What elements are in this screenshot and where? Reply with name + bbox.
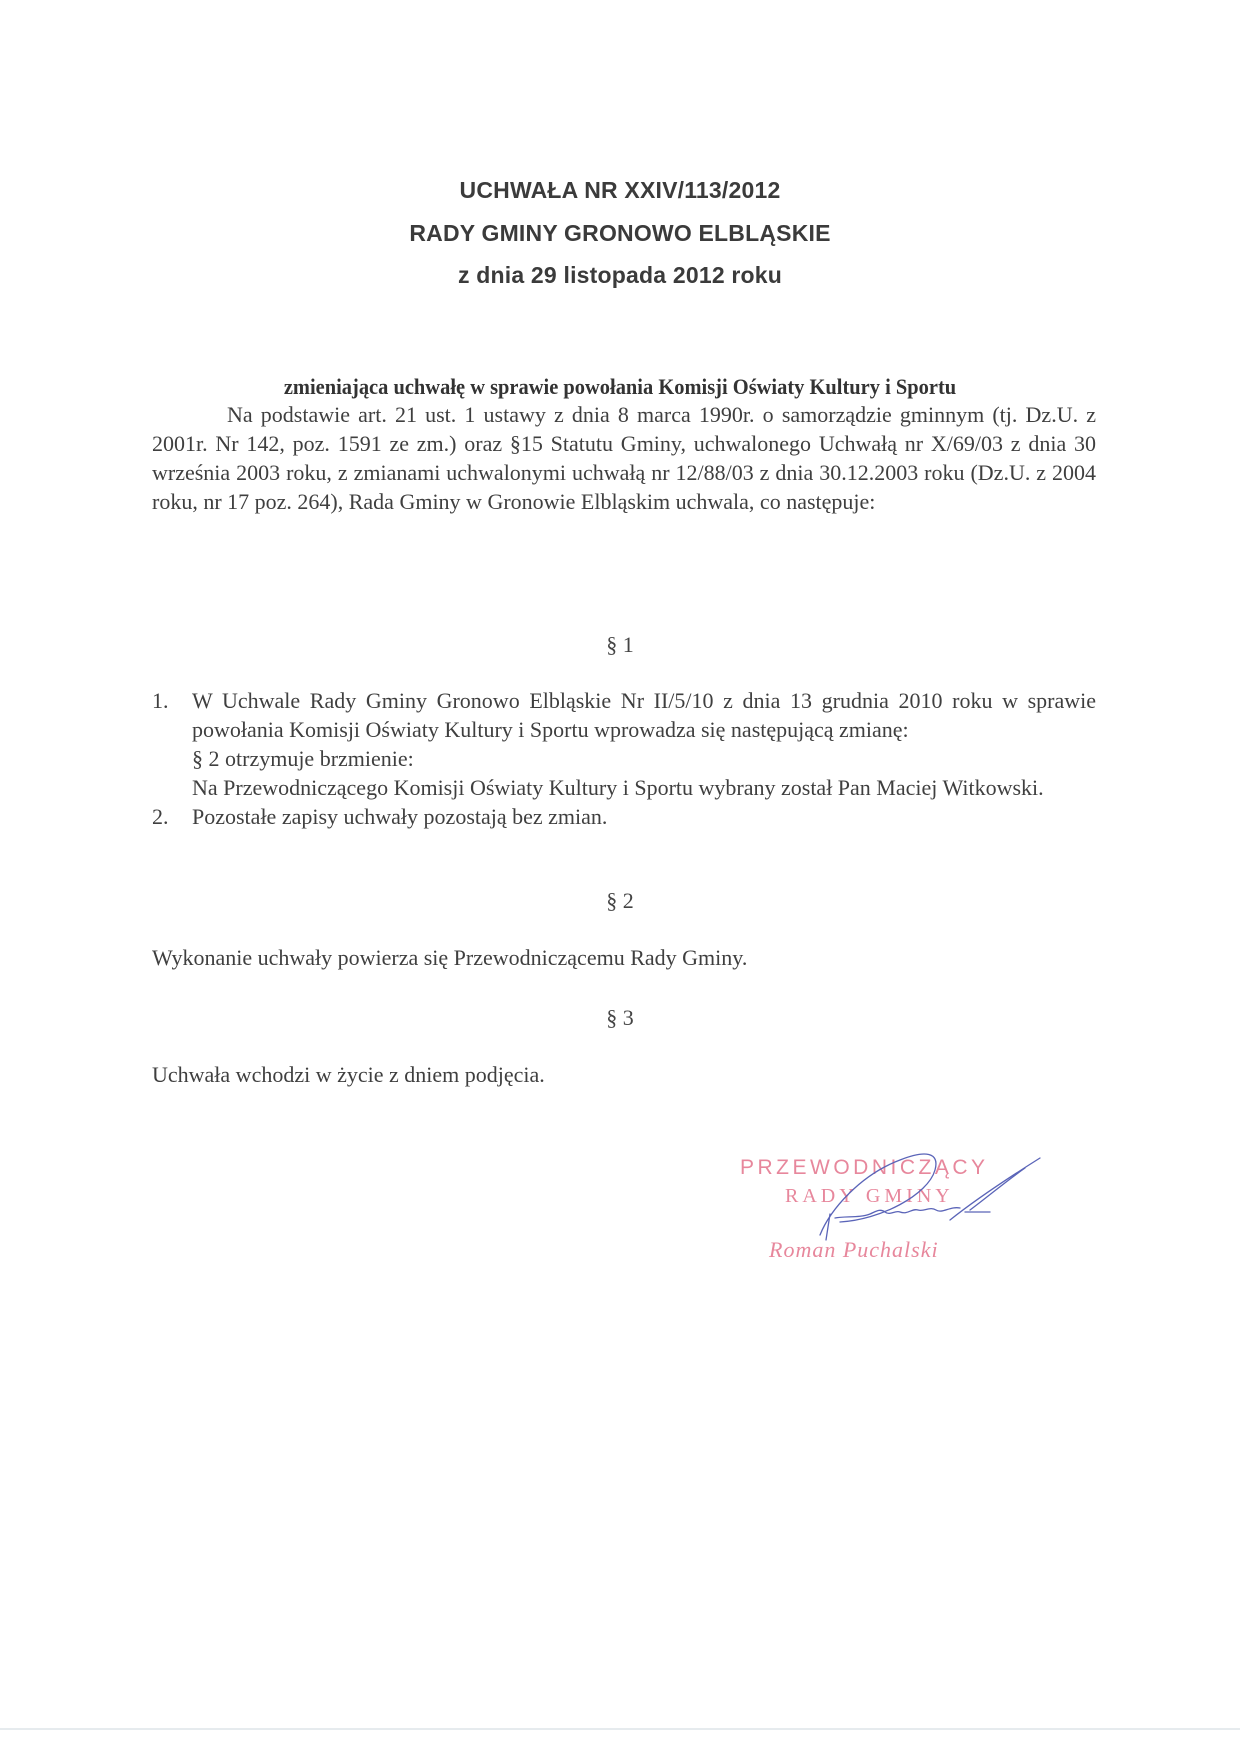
list-item: 2. Pozostałe zapisy uchwały pozostają be… <box>152 802 1096 831</box>
list-item-text: Pozostałe zapisy uchwały pozostają bez z… <box>192 802 1096 831</box>
section-mark-3: § 3 <box>0 1005 1240 1031</box>
list-item-number: 1. <box>152 686 169 715</box>
list-item-text: § 2 otrzymuje brzmienie: <box>192 744 1096 773</box>
scan-edge-divider <box>0 1728 1240 1730</box>
list-item: 1. W Uchwale Rady Gminy Gronowo Elbląski… <box>152 686 1096 802</box>
section-2-text: Wykonanie uchwały powierza się Przewodni… <box>152 945 747 971</box>
list-item-text: Na Przewodniczącego Komisji Oświaty Kult… <box>192 773 1096 802</box>
section-mark-1: § 1 <box>0 632 1240 658</box>
section-3-text: Uchwała wchodzi w życie z dniem podjęcia… <box>152 1062 545 1088</box>
resolution-date: z dnia 29 listopada 2012 roku <box>0 262 1240 289</box>
list-item-text: W Uchwale Rady Gminy Gronowo Elbląskie N… <box>192 686 1096 744</box>
preamble-paragraph: Na podstawie art. 21 ust. 1 ustawy z dni… <box>152 400 1096 516</box>
resolution-subject: zmieniająca uchwałę w sprawie powołania … <box>43 374 1196 400</box>
signature-icon <box>800 1140 1060 1250</box>
resolution-number: UCHWAŁA NR XXIV/113/2012 <box>0 177 1240 204</box>
section-mark-2: § 2 <box>0 888 1240 914</box>
section-1-list: 1. W Uchwale Rady Gminy Gronowo Elbląski… <box>152 686 1096 831</box>
issuing-body: RADY GMINY GRONOWO ELBLĄSKIE <box>0 220 1240 247</box>
list-item-number: 2. <box>152 802 169 831</box>
